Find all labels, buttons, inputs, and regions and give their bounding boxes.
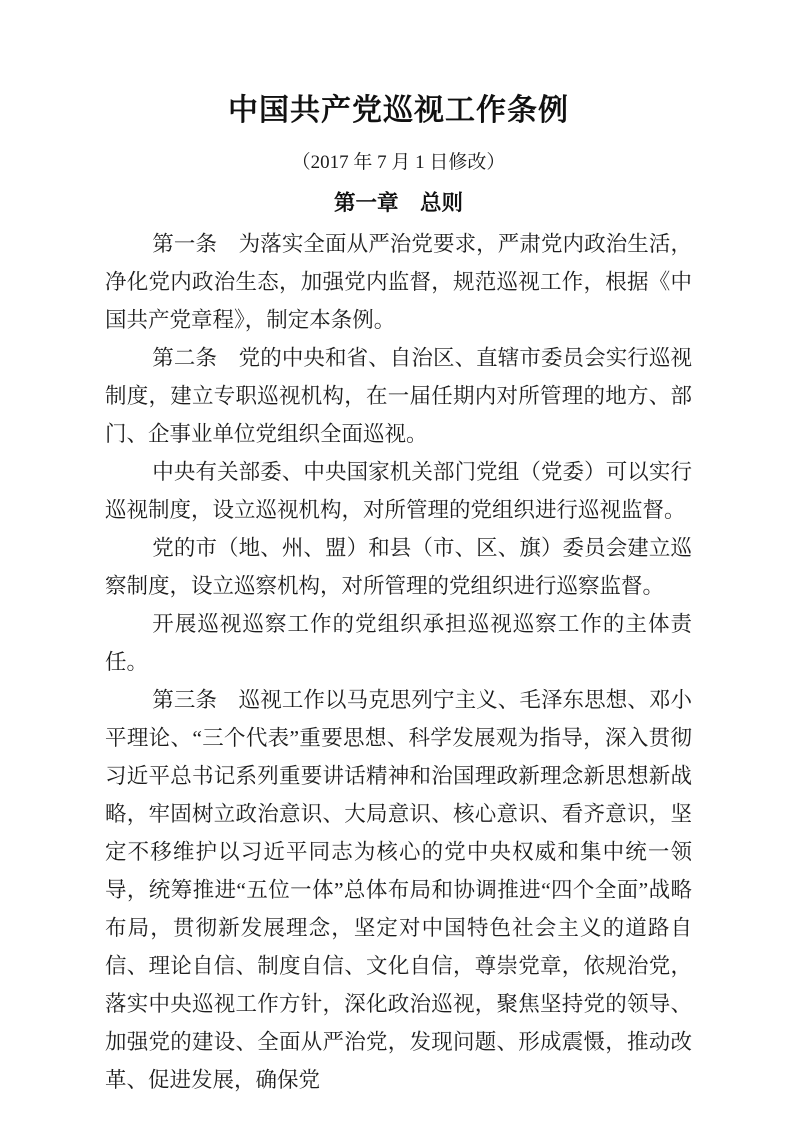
document-body: 第一条 为落实全面从严治党要求，严肃党内政治生活，净化党内政治生态，加强党内监督… bbox=[105, 225, 692, 1099]
article-3-paragraph: 第三条 巡视工作以马克思列宁主义、毛泽东思想、邓小平理论、“三个代表”重要思想、… bbox=[105, 681, 692, 1099]
article-2-paragraph-3: 党的市（地、州、盟）和县（市、区、旗）委员会建立巡察制度，设立巡察机构，对所管理… bbox=[105, 529, 692, 605]
document-title: 中国共产党巡视工作条例 bbox=[105, 92, 692, 130]
revision-date-note: （2017 年 7 月 1 日修改） bbox=[105, 151, 692, 174]
article-2-paragraph-1: 第二条 党的中央和省、自治区、直辖市委员会实行巡视制度，建立专职巡视机构，在一届… bbox=[105, 339, 692, 453]
article-1-paragraph: 第一条 为落实全面从严治党要求，严肃党内政治生活，净化党内政治生态，加强党内监督… bbox=[105, 225, 692, 339]
article-2-paragraph-2: 中央有关部委、中央国家机关部门党组（党委）可以实行巡视制度，设立巡视机构，对所管… bbox=[105, 453, 692, 529]
document-page: 中国共产党巡视工作条例 （2017 年 7 月 1 日修改） 第一章 总则 第一… bbox=[0, 0, 793, 1122]
chapter-heading: 第一章 总则 bbox=[105, 190, 692, 216]
article-2-paragraph-4: 开展巡视巡察工作的党组织承担巡视巡察工作的主体责任。 bbox=[105, 605, 692, 681]
